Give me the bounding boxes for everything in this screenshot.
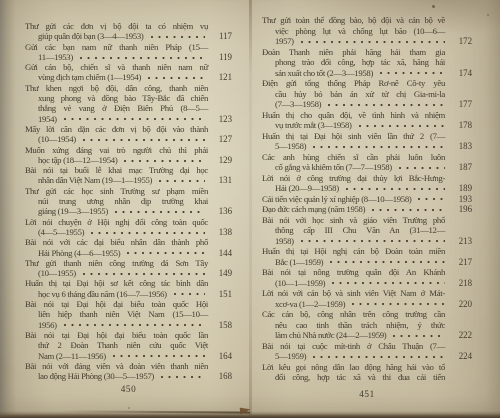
entry-page-number: 220: [450, 299, 472, 310]
dot-leader: [83, 268, 205, 278]
entry-page-number: 196: [450, 204, 472, 215]
entry-page-number: 168: [210, 371, 232, 381]
entry-title-text: (7—3—1958): [275, 99, 321, 110]
folio-right-page-number: 451: [262, 389, 472, 399]
entry-page-number: 218: [450, 278, 472, 289]
entry-page-number: 149: [210, 268, 232, 278]
entry-page-number: 174: [450, 68, 472, 79]
entry-title-text: Hải (20—9—1958): [275, 183, 339, 194]
toc-entry-line: Thư gửi các học sinh Trường sư phạm miền: [25, 186, 208, 196]
dot-leader: [399, 162, 445, 173]
entry-title-text: Cải tiến việc quản lý xí nghiệp (8—10—19…: [262, 194, 411, 205]
entry-page-number: 177: [450, 99, 472, 110]
toc-entry-last-line: Hải Phòng (4—6—1955)144: [25, 248, 232, 258]
dot-leader: [313, 351, 445, 362]
dot-leader: [330, 257, 445, 268]
scanned-book-spread: Thư gửi các đơn vị bộ đội ta có nhiệm vụ…: [0, 0, 500, 418]
toc-entry-line: Huấn thị tại Hội nghị cán bộ Đoàn toàn m…: [262, 246, 445, 257]
toc-column-right: Thư gửi toàn thể đồng bào, bộ đội và cán…: [262, 15, 472, 383]
toc-entry-line: Đoàn Thanh niên phải hăng hái tham gia: [262, 47, 445, 58]
entry-title-text: giúp quân đội bạn (3—4—1953): [38, 31, 144, 41]
entry-title-text: vụ trước mắt (3—1958): [275, 120, 352, 131]
toc-entry-line: thứ 2 Đoàn Thanh niên cứu quốc Việt: [38, 340, 208, 350]
toc-entry-line: Lời nói với cán bộ và sinh viên Việt Nam…: [262, 288, 445, 299]
entry-title-text: lao động Hải Phòng (30—5—1957): [38, 371, 154, 381]
entry-page-number: 129: [210, 155, 232, 165]
toc-entry-last-line: (10—1954)127: [25, 134, 232, 144]
dot-leader: [313, 141, 445, 152]
toc-entry-last-line: (4—5—1955)138: [25, 227, 232, 237]
toc-entry-line: Gửi cán bộ, chiến sĩ và thanh niên nam n…: [25, 62, 208, 72]
dot-leader: [301, 236, 445, 247]
toc-entry-last-line: 11—1953)119: [25, 52, 232, 62]
paper-speck: [432, 5, 435, 8]
dot-leader: [380, 68, 445, 79]
entry-title-text: 1957): [275, 36, 294, 47]
entry-title-text: 1958): [275, 236, 294, 247]
paper-speck: [487, 14, 489, 16]
toc-entry-last-line: làm chủ Nhà nước (24—2—1959)222: [262, 330, 472, 341]
toc-entry-last-line: sản xuất cho tốt (2—3—1958)174: [262, 68, 472, 79]
entry-page-number: 138: [210, 227, 232, 237]
toc-entry-last-line: Hải (20—9—1958)189: [262, 183, 472, 194]
entry-page-number: 164: [210, 351, 232, 361]
toc-entry-last-line: vụ trước mắt (3—1958)178: [262, 120, 472, 131]
toc-entry-last-line: xcơ-va (1—2—1959)220: [262, 299, 472, 310]
entry-page-number: 189: [450, 183, 472, 194]
toc-column-left: Thư gửi các đơn vị bộ đội ta có nhiệm vụ…: [25, 21, 232, 381]
toc-entry-line: Lời nói ở công trường đại thủy lợi Bắc-H…: [262, 173, 445, 184]
toc-entry-last-line: Nam (2—11—1956)164: [25, 351, 232, 361]
toc-entry-line: Bài nói tại Đại hội đại biểu toàn quốc l…: [25, 330, 208, 340]
entry-title-text: làm chủ Nhà nước (24—2—1959): [275, 330, 386, 341]
toc-entry-line: Muốn xứng đáng vai trò người chủ thì phả…: [25, 145, 208, 155]
entry-page-number: 121: [210, 72, 232, 82]
entry-page-number: 213: [450, 236, 472, 247]
toc-entry-last-line: 1956)158: [25, 320, 232, 330]
paper-speck: [128, 407, 130, 409]
toc-entry-last-line: 1957)172: [262, 36, 472, 47]
dot-leader: [301, 36, 445, 47]
toc-entry-last-line: Đạo đức cách mạng (năm 1958)196: [262, 204, 472, 215]
toc-entry-last-line: 1958)213: [262, 236, 472, 247]
toc-entry-last-line: học vụ 6 tháng đầu năm (16—7—1956)151: [25, 289, 232, 299]
toc-entry-line: núi trung ương nhân dịp trường khai: [38, 196, 208, 206]
folio-left-page-number: 450: [25, 384, 232, 394]
dot-leader: [115, 206, 205, 216]
toc-entry-line: Các cán bộ, công nhân trên công trường c…: [262, 309, 445, 320]
entry-page-number: 158: [210, 320, 232, 330]
toc-entry-line: Bài nói tại buổi lễ khai mạc Trường đại …: [25, 165, 208, 175]
entry-title-text: 1954): [38, 114, 57, 124]
entry-page-number: 178: [450, 120, 472, 131]
entry-title-text: 5—1958): [275, 141, 306, 152]
dot-leader: [328, 99, 445, 110]
entry-page-number: 136: [210, 206, 232, 216]
dot-leader: [80, 52, 205, 62]
toc-entry-last-line: lao động Hải Phòng (30—5—1957)168: [25, 371, 232, 381]
dot-leader: [148, 72, 205, 82]
dot-leader: [91, 227, 205, 237]
entry-title-text: (10—1954): [38, 134, 76, 144]
dot-leader: [346, 183, 445, 194]
toc-entry-line: đổi công, hợp tác xã và thi đua cải tiến: [275, 372, 445, 383]
entry-page-number: 172: [450, 36, 472, 47]
toc-entry-last-line: giảng (19—3—1955)136: [25, 206, 232, 216]
dot-leader: [418, 194, 445, 205]
toc-entry-line: Huấn thị tại Đại hội sinh viên lần thứ 2…: [262, 131, 445, 142]
dot-leader: [124, 155, 205, 165]
toc-entry-last-line: (10—1955)149: [25, 268, 232, 278]
toc-entry-line: nêu cao tinh thần trách nhiệm, ý thức: [275, 320, 445, 331]
page-gutter-seam: [249, 0, 252, 418]
page-corner-fold: [240, 406, 252, 414]
toc-entry-line: Bài nói với đảng viên và đoàn viên thanh…: [25, 361, 208, 371]
dot-leader: [393, 330, 445, 341]
toc-entry-line: Huấn thị tại Đại hội sơ kết công tác bìn…: [25, 278, 208, 288]
entry-page-number: 193: [450, 194, 472, 205]
toc-entry-line: liên hiệp thanh niên Việt Nam (15—10—: [38, 309, 208, 319]
toc-entry-last-line: giúp quân đội bạn (3—4—1953)117: [25, 31, 232, 41]
toc-entry-line: xung phong và đồng bào Tây-Bắc đã chiến: [38, 93, 208, 103]
dot-leader: [127, 248, 205, 258]
entry-title-text: 5—1959): [275, 351, 306, 362]
toc-entry-line: Bài nói tại cuộc mít-tinh ở Châu Thuận (…: [262, 341, 445, 352]
dot-leader: [64, 320, 205, 330]
entry-title-text: 11—1953): [38, 52, 73, 62]
toc-entry-line: Mấy lời căn dặn các đơn vị bộ đội vào th…: [25, 124, 208, 134]
entry-title-text: Nam (2—11—1956): [38, 351, 106, 361]
toc-entry-last-line: (7—3—1958)177: [262, 99, 472, 110]
toc-entry-line: thắng vẻ vang ở Điện Biên Phủ (8—5—: [38, 103, 208, 113]
toc-entry-line: Gửi các bạn nam nữ thanh niên Pháp (15—: [25, 42, 208, 52]
entry-page-number: 187: [450, 162, 472, 173]
entry-title-text: học vụ 6 tháng đầu năm (16—7—1956): [38, 289, 167, 299]
toc-entry-line: việc phòng lụt và chống lụt bão (10—6—: [275, 26, 445, 37]
toc-entry-last-line: 5—1958)183: [262, 141, 472, 152]
toc-entry-last-line: học tập (18—12—1954)129: [25, 155, 232, 165]
toc-entry-last-line: nhân dân Việt Nam (19—1—1955)131: [25, 175, 232, 185]
entry-title-text: Đạo đức cách mạng (năm 1958): [262, 204, 365, 215]
dot-leader: [352, 299, 445, 310]
dot-leader: [159, 175, 205, 185]
entry-page-number: 117: [210, 31, 232, 41]
entry-title-text: Hải Phòng (4—6—1955): [38, 248, 120, 258]
entry-page-number: 127: [210, 134, 232, 144]
entry-page-number: 144: [210, 248, 232, 258]
toc-entry-last-line: cố gắng và khiêm tốn (7—7—1958)187: [262, 162, 472, 173]
toc-entry-line: Huấn thị cho quân đội, về tình hình và n…: [262, 110, 445, 121]
entry-title-text: 1956): [38, 320, 57, 330]
toc-entry-last-line: Bắc (1—1959)217: [262, 257, 472, 268]
toc-entry-last-line: Cải tiến việc quản lý xí nghiệp (8—10—19…: [262, 194, 472, 205]
toc-entry-line: Thư gửi toàn thể đồng bào, bộ đội và cán…: [262, 15, 445, 26]
dot-leader: [332, 278, 445, 289]
entry-title-text: (10—1955): [38, 268, 76, 278]
dot-leader: [161, 371, 205, 381]
entry-page-number: 131: [210, 175, 232, 185]
dot-leader: [359, 120, 445, 131]
entry-title-text: sản xuất cho tốt (2—3—1958): [275, 68, 373, 79]
toc-entry-line: Thư khen ngợi bộ đội, dân công, thanh ni…: [25, 83, 208, 93]
toc-entry-line: thông cấp III Chu Văn An (31—12—: [275, 225, 445, 236]
toc-entry-line: phong trào đổi công, hợp tác xã, hăng há…: [275, 57, 445, 68]
dot-leader: [64, 114, 205, 124]
entry-title-text: (10—1—1959): [275, 278, 325, 289]
entry-title-text: nhân dân Việt Nam (19—1—1955): [38, 175, 152, 185]
dot-leader: [83, 134, 205, 144]
dot-leader: [372, 204, 445, 215]
toc-entry-line: Bài nói tại nông trường quân đội An Khán…: [262, 267, 445, 278]
entry-title-text: vùng địch tạm chiếm (1—1954): [38, 72, 141, 82]
toc-entry-line: Các anh hùng chiến sĩ cần phải luôn luôn: [262, 152, 445, 163]
entry-page-number: 224: [450, 351, 472, 362]
dot-leader: [113, 351, 205, 361]
entry-title-text: xcơ-va (1—2—1959): [275, 299, 345, 310]
entry-page-number: 183: [450, 141, 472, 152]
toc-entry-last-line: 5—1959)224: [262, 351, 472, 362]
toc-entry-line: Lời nói chuyện ở Hội nghị đổi công toàn …: [25, 217, 208, 227]
entry-title-text: Bắc (1—1959): [275, 257, 323, 268]
entry-title-text: giảng (19—3—1955): [38, 206, 108, 216]
entry-title-text: cố gắng và khiêm tốn (7—7—1958): [275, 162, 392, 173]
entry-title-text: (4—5—1955): [38, 227, 84, 237]
entry-title-text: học tập (18—12—1954): [38, 155, 117, 165]
toc-entry-last-line: (10—1—1959)218: [262, 278, 472, 289]
entry-page-number: 217: [450, 257, 472, 268]
toc-entry-line: Bài nói với học sinh và giáo viên Trường…: [262, 215, 445, 226]
toc-entry-line: cầu hủy bỏ bản án xử tử chị Gia-mi-la: [275, 89, 445, 100]
entry-page-number: 222: [450, 330, 472, 341]
toc-entry-last-line: 1954)123: [25, 114, 232, 124]
toc-entry-line: Điện gửi tổng thống Pháp Rơ-nê Cô-ty yêu: [262, 78, 445, 89]
toc-entry-line: Thư gửi thanh niên công trường đá Sơn Tâ…: [25, 258, 208, 268]
dot-leader: [174, 289, 205, 299]
entry-page-number: 123: [210, 114, 232, 124]
toc-entry-line: Bài nói tại Đại hội đại biểu toàn quốc H…: [25, 299, 208, 309]
toc-entry-line: Lời kêu gọi nông dân lao động hăng hái v…: [262, 362, 445, 373]
toc-entry-last-line: vùng địch tạm chiếm (1—1954)121: [25, 72, 232, 82]
dot-leader: [151, 31, 206, 41]
entry-page-number: 151: [210, 289, 232, 299]
toc-entry-line: Thư gửi các đơn vị bộ đội ta có nhiệm vụ: [25, 21, 208, 31]
entry-page-number: 119: [210, 52, 232, 62]
toc-entry-line: Bài nói với các đại biểu nhân dân thành …: [25, 237, 208, 247]
